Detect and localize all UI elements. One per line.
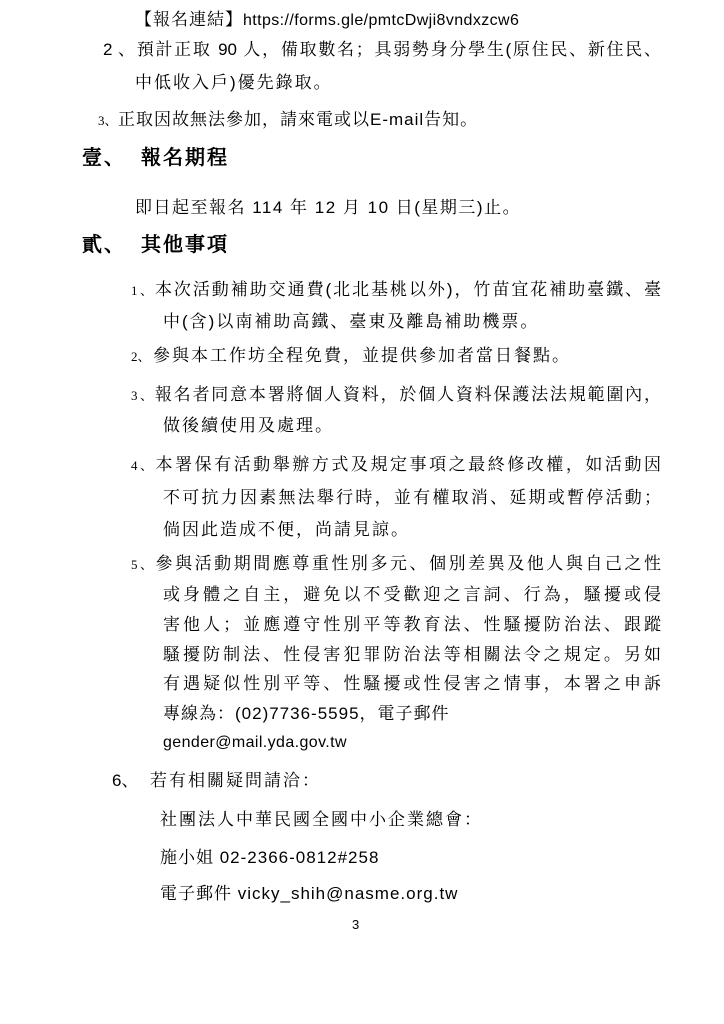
s2-item6-line: 6、若有相關疑問請洽：: [112, 770, 321, 792]
intro-item2-line1: 2、預計正取 90 人，備取數名；具弱勢身分學生(原住民、新住民、: [103, 39, 661, 63]
page-number: 3: [352, 917, 359, 932]
registration-link-line: 【報名連結】https://forms.gle/pmtcDwji8vndxzcw…: [135, 9, 519, 32]
intro-item3-text: 正取因故無法參加，請來電或以E-mail告知。: [118, 110, 478, 129]
contact-org: 社團法人中華民國全國中小企業總會：: [160, 809, 483, 831]
s2-item5-line5: 有遇疑似性別平等、性騷擾或性侵害之情事，本署之申訴: [163, 673, 661, 697]
s2-item5-marker: 5、: [131, 554, 153, 576]
s2-item6-text: 若有相關疑問請洽：: [150, 771, 321, 790]
s2-item3-text1: 報名者同意本署將個人資料，於個人資料保護法法規範圍內，: [153, 385, 661, 404]
registration-link-url[interactable]: https://forms.gle/pmtcDwji8vndxzcw6: [243, 12, 519, 29]
intro-item2-text1: 預計正取 90 人，備取數名；具弱勢身分學生(原住民、新住民、: [135, 40, 661, 59]
intro-item2-marker: 2、: [103, 39, 135, 61]
s2-item5-line1: 5、參與活動期間應尊重性別多元、個別差異及他人與自己之性: [131, 553, 661, 577]
s2-item1-marker: 1、: [131, 280, 153, 302]
contact-email: 電子郵件 vicky_shih@nasme.org.tw: [160, 883, 458, 905]
s2-item1-line1: 1、本次活動補助交通費(北北基桃以外)，竹苗宜花補助臺鐵、臺: [131, 279, 661, 303]
s2-item5-text1: 參與活動期間應尊重性別多元、個別差異及他人與自己之性: [153, 554, 661, 573]
section2-heading-title: 其他事項: [141, 234, 229, 256]
section2-heading-marker: 貳、: [82, 234, 126, 256]
s2-item4-text1: 本署保有活動舉辦方式及規定事項之最終修改權，如活動因: [153, 455, 661, 474]
s2-item4-line3: 倘因此造成不便，尚請見諒。: [163, 519, 410, 541]
s2-item5-line6: 專線為：(02)7736-5595，電子郵件: [163, 703, 450, 725]
registration-link-label: 【報名連結】: [135, 10, 243, 29]
intro-item3-marker: 3、: [98, 110, 118, 132]
section1-heading-title: 報名期程: [141, 147, 229, 169]
s2-item3-line2: 做後續使用及處理。: [163, 415, 334, 437]
s2-item5-line4: 騷擾防制法、性侵害犯罪防治法等相關法令之規定。另如: [163, 644, 661, 668]
s2-item5-email: gender@mail.yda.gov.tw: [163, 732, 347, 754]
section1-heading-marker: 壹、: [82, 147, 126, 169]
section1-body: 即日起至報名 114 年 12 月 10 日(星期三)止。: [135, 197, 521, 219]
s2-item6-marker: 6、: [112, 770, 150, 792]
s2-item1-text1: 本次活動補助交通費(北北基桃以外)，竹苗宜花補助臺鐵、臺: [153, 280, 661, 299]
contact-phone: 施小姐 02-2366-0812#258: [160, 847, 379, 869]
s2-item5-line2: 或身體之自主，避免以不受歡迎之言詞、行為，騷擾或侵: [163, 584, 661, 608]
section1-heading: 壹、報名期程: [82, 147, 229, 169]
s2-item3-marker: 3、: [131, 385, 153, 407]
section2-heading: 貳、其他事項: [82, 234, 229, 256]
s2-item5-line3: 害他人；並應遵守性別平等教育法、性騷擾防治法、跟蹤: [163, 614, 661, 638]
s2-item4-line2: 不可抗力因素無法舉行時，並有權取消、延期或暫停活動；: [163, 487, 661, 511]
s2-item4-line1: 4、本署保有活動舉辦方式及規定事項之最終修改權，如活動因: [131, 454, 661, 478]
s2-item4-marker: 4、: [131, 455, 153, 477]
s2-item1-line2: 中(含)以南補助高鐵、臺東及離島補助機票。: [163, 311, 539, 333]
s2-item2-text: 參與本工作坊全程免費，並提供參加者當日餐點。: [153, 346, 571, 365]
s2-item2-line: 2、參與本工作坊全程免費，並提供參加者當日餐點。: [131, 345, 571, 368]
s2-item2-marker: 2、: [131, 346, 153, 368]
intro-item2-line2: 中低收入戶)優先錄取。: [135, 72, 333, 94]
document-page: 【報名連結】https://forms.gle/pmtcDwji8vndxzcw…: [0, 0, 724, 1024]
intro-item3-line: 3、正取因故無法參加，請來電或以E-mail告知。: [98, 109, 478, 132]
s2-item3-line1: 3、報名者同意本署將個人資料，於個人資料保護法法規範圍內，: [131, 384, 661, 408]
